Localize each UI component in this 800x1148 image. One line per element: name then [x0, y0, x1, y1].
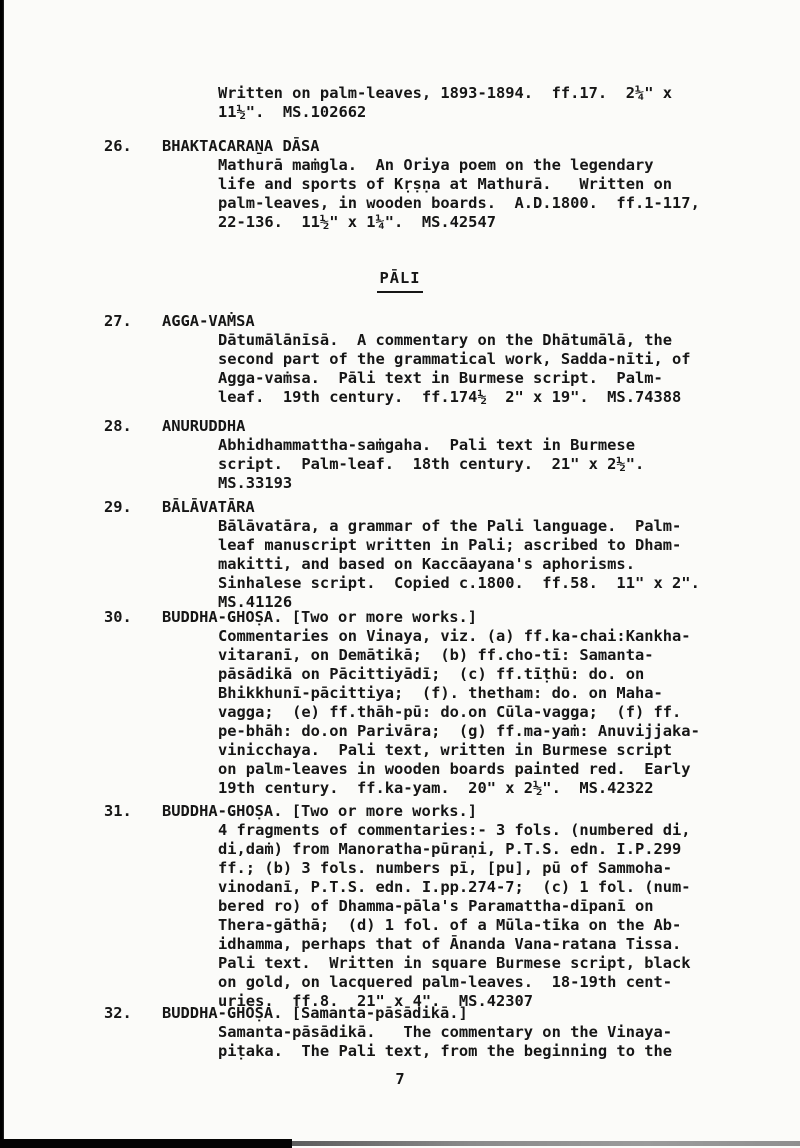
section-title-text: PĀLI	[377, 269, 422, 293]
entry-number: 27.	[104, 312, 132, 331]
section-title: PĀLI	[0, 269, 800, 293]
entry-heading: BUDDHA-GHOṢA. [Samanta-pāsādikā.]	[162, 1004, 468, 1023]
entry-heading: ANURUDDHA	[162, 417, 245, 436]
entry-number: 28.	[104, 417, 132, 436]
entry-body: Bālāvatāra, a grammar of the Pali langua…	[218, 517, 800, 612]
entry-body: Abhidhammattha-saṁgaha. Pali text in Bur…	[218, 436, 800, 493]
entry-number: 26.	[104, 137, 132, 156]
entry-number: 30.	[104, 608, 132, 627]
catalog-entry-30: 30. BUDDHA-GHOṢA. [Two or more works.] C…	[0, 608, 800, 798]
entry-body: Written on palm-leaves, 1893-1894. ff.17…	[218, 84, 800, 122]
catalog-entry-26: 26. BHAKTACARAṈA DĀSA Mathurā maṁgla. An…	[0, 137, 800, 232]
entry-heading: BĀLĀVATĀRA	[162, 498, 255, 517]
catalog-entry-continuation: Written on palm-leaves, 1893-1894. ff.17…	[0, 84, 800, 122]
entry-body: Dātumālānīsā. A commentary on the Dhātum…	[218, 331, 800, 407]
page-number: 7	[0, 1070, 800, 1089]
entry-number: 29.	[104, 498, 132, 517]
entry-body: Samanta-pāsādikā. The commentary on the …	[218, 1023, 800, 1061]
entry-heading: BUDDHA-GHOṢA. [Two or more works.]	[162, 608, 477, 627]
entry-heading: AGGA-VAṀSA	[162, 312, 255, 331]
entry-heading: BUDDHA-GHOṢA. [Two or more works.]	[162, 802, 477, 821]
catalog-entry-27: 27. AGGA-VAṀSA Dātumālānīsā. A commentar…	[0, 312, 800, 407]
catalog-entry-29: 29. BĀLĀVATĀRA Bālāvatāra, a grammar of …	[0, 498, 800, 612]
scan-bottom-edge-light	[292, 1141, 800, 1146]
entry-heading: BHAKTACARAṈA DĀSA	[162, 137, 320, 156]
entry-body: Commentaries on Vinaya, viz. (a) ff.ka-c…	[218, 627, 800, 798]
scanned-catalog-page: Written on palm-leaves, 1893-1894. ff.17…	[0, 0, 800, 1148]
catalog-entry-32: 32. BUDDHA-GHOṢA. [Samanta-pāsādikā.] Sa…	[0, 1004, 800, 1061]
entry-number: 32.	[104, 1004, 132, 1023]
entry-body: Mathurā maṁgla. An Oriya poem on the leg…	[218, 156, 800, 232]
catalog-entry-31: 31. BUDDHA-GHOṢA. [Two or more works.] 4…	[0, 802, 800, 1011]
entry-body: 4 fragments of commentaries:- 3 fols. (n…	[218, 821, 800, 1011]
scan-bottom-edge-dark	[0, 1139, 292, 1148]
catalog-entry-28: 28. ANURUDDHA Abhidhammattha-saṁgaha. Pa…	[0, 417, 800, 493]
entry-number: 31.	[104, 802, 132, 821]
